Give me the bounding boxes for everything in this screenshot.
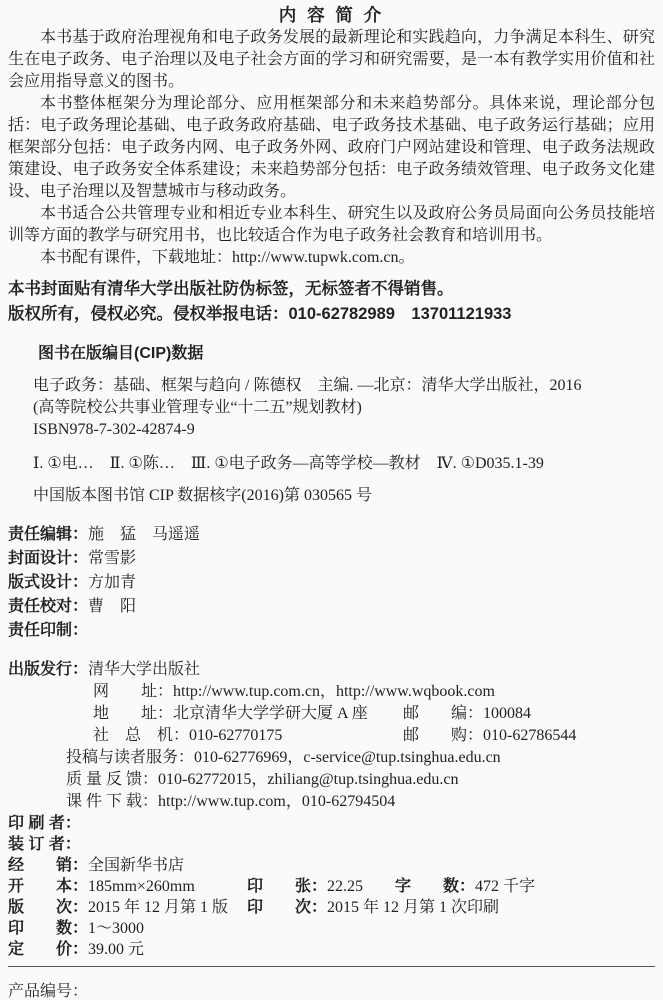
field-value: 185mm×260mm [88,878,195,895]
field-label: 邮 编： [403,705,483,722]
footer-divider [8,966,655,967]
cip-classification: Ⅰ. ①电… Ⅱ. ①陈… Ⅲ. ①电子政务—高等学校—教材 Ⅳ. ①D035.… [8,453,655,475]
credit-label: 责任编辑： [8,526,88,543]
cip-isbn: ISBN978-7-302-42874-9 [8,419,655,441]
field-label: 投稿与读者服务： [66,749,194,766]
credit-row-layout-design: 版式设计：方加青 [8,571,655,595]
credit-value: 常雪影 [88,550,136,567]
intro-paragraph: 本书配有课件，下载地址：http://www.tupwk.com.cn。 [8,247,655,269]
credit-value: 曹 阳 [88,598,136,615]
field-label: 印 张： [247,878,327,895]
field-label: 印 数： [8,920,88,937]
intro-paragraph: 本书整体框架分为理论部分、应用框架部分和未来趋势部分。具体来说，理论部分包括：电… [8,93,655,203]
print-run-row: 印 数：1～3000 [8,918,655,939]
credit-row-editor: 责任编辑：施 猛 马遥遥 [8,523,655,547]
quality-feedback-row: 质 量 反 馈：010-62772015，zhiliang@tup.tsingh… [8,769,655,791]
cip-header: 图书在版编目(CIP)数据 [8,343,655,365]
field-value: 010-62770175 [189,727,282,744]
cip-title-line: 电子政务：基础、框架与趋向 / 陈德权 主编. —北京：清华大学出版社，2016 [8,375,655,397]
binder-row: 装 订 者： [8,834,655,855]
field-label: 社 总 机： [93,727,189,744]
page-title: 内 容 简 介 [8,3,655,27]
edition-row: 版 次：2015 年 12 月第 1 版印 次：2015 年 12 月第 1 次… [8,897,655,918]
field-value: 1～3000 [88,920,144,937]
publisher-block: 出版发行：清华大学出版社 网 址：http://www.tup.com.cn，h… [8,659,655,813]
credit-row-cover-design: 封面设计：常雪影 [8,547,655,571]
field-value: 472 千字 [475,878,535,895]
field-value: http://www.tup.com.cn，http://www.wqbook.… [173,683,495,700]
field-label: 课 件 下 载： [66,793,158,810]
field-value: 北京清华大学学研大厦 A 座 [173,705,368,722]
credit-label: 封面设计： [8,550,88,567]
credit-label: 责任印制： [8,622,88,639]
credit-row-print-supervisor: 责任印制： [8,619,655,643]
product-number-label: 产品编号： [8,981,655,1000]
credit-label: 责任校对： [8,598,88,615]
price-row: 定 价：39.00 元 [8,939,655,960]
intro-paragraph: 本书基于政府治理视角和电子政务发展的最新理论和实践趋向，力争满足本科生、研究生在… [8,27,655,93]
field-value: 100084 [483,705,531,722]
intro-paragraph: 本书适合公共管理专业和相近专业本科生、研究生以及政府公务员局面向公务员技能培训等… [8,203,655,247]
printer-row: 印 刷 者： [8,813,655,834]
publisher-label: 出版发行： [8,661,88,678]
anti-piracy-notice: 本书封面贴有清华大学出版社防伪标签，无标签者不得销售。 版权所有，侵权必究。侵权… [8,277,655,327]
field-value: 39.00 元 [88,941,144,958]
publisher-address-row: 地 址：北京清华大学学研大厦 A 座邮 编：100084 [8,703,655,725]
credit-value: 施 猛 马遥遥 [88,526,200,543]
field-label: 定 价： [8,941,88,958]
format-row: 开 本：185mm×260mm印 张：22.25字 数：472 千字 [8,876,655,897]
credit-row-proofreader: 责任校对：曹 阳 [8,595,655,619]
field-label: 邮 购： [403,727,483,744]
field-label: 经 销： [8,857,88,874]
field-value: 22.25 [327,878,363,895]
field-value: 010-62776969，c-service@tup.tsinghua.edu.… [194,749,501,766]
field-label: 版 次： [8,899,88,916]
publisher-website-row: 网 址：http://www.tup.com.cn，http://www.wqb… [8,681,655,703]
field-label: 开 本： [8,878,88,895]
field-label: 印 刷 者： [8,815,81,832]
distributor-row: 经 销：全国新华书店 [8,855,655,876]
field-label: 印 次： [247,899,327,916]
cip-series-line: (高等院校公共事业管理专业“十二五”规划教材) [8,397,655,419]
credits-block: 责任编辑：施 猛 马遥遥 封面设计：常雪影 版式设计：方加青 责任校对：曹 阳 … [8,523,655,643]
colophon-block: 印 刷 者： 装 订 者： 经 销：全国新华书店 开 本：185mm×260mm… [8,813,655,960]
credit-value: 方加青 [88,574,136,591]
field-value: 2015 年 12 月第 1 次印刷 [327,899,499,916]
book-copyright-page: 内 容 简 介 本书基于政府治理视角和电子政务发展的最新理论和实践趋向，力争满足… [0,0,663,1000]
field-value: 010-62772015，zhiliang@tup.tsinghua.edu.c… [158,771,458,788]
field-label: 装 订 者： [8,836,81,853]
copyright-hotline-line: 版权所有，侵权必究。侵权举报电话：010-62782989 1370112193… [8,302,655,327]
field-value: 2015 年 12 月第 1 版 [88,899,228,916]
field-label: 网 址： [93,683,173,700]
publisher-switchboard-row: 社 总 机：010-62770175邮 购：010-62786544 [8,725,655,747]
credit-label: 版式设计： [8,574,88,591]
publisher-row: 出版发行：清华大学出版社 [8,659,655,681]
field-label: 质 量 反 馈： [66,771,158,788]
anti-piracy-line: 本书封面贴有清华大学出版社防伪标签，无标签者不得销售。 [8,277,655,302]
field-value: 010-62786544 [483,727,576,744]
field-value: 全国新华书店 [88,857,184,874]
field-value: http://www.tup.com，010-62794504 [158,793,395,810]
field-label: 字 数： [395,878,475,895]
publisher-name: 清华大学出版社 [88,661,200,678]
reader-service-row: 投稿与读者服务：010-62776969，c-service@tup.tsing… [8,747,655,769]
cip-record-number: 中国版本图书馆 CIP 数据核字(2016)第 030565 号 [8,485,655,507]
field-label: 地 址： [93,705,173,722]
courseware-download-row: 课 件 下 载：http://www.tup.com，010-62794504 [8,791,655,813]
